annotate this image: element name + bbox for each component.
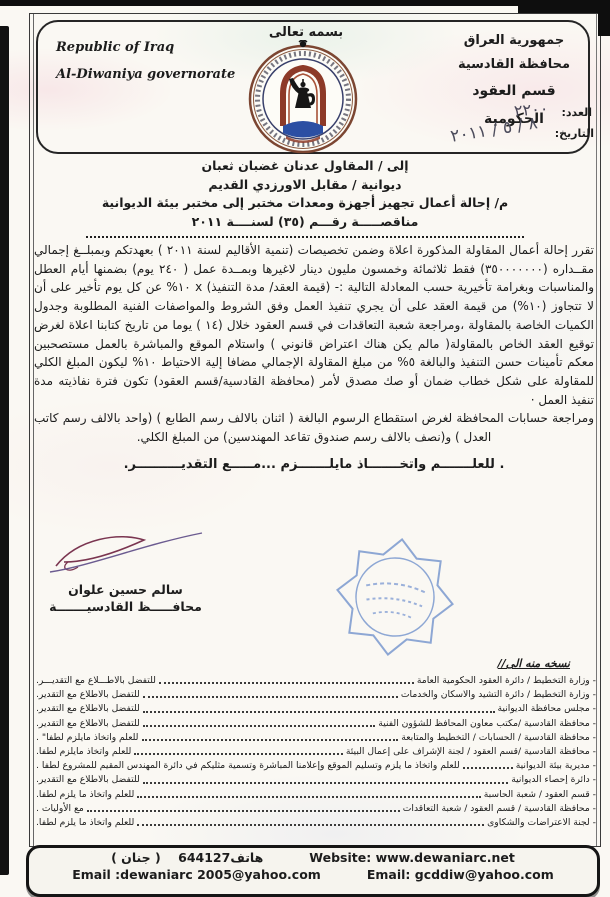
scan-edge-corner: [598, 0, 610, 36]
phone-text: هاتف644127: [178, 850, 263, 865]
signature-block: سالم حسين علوان محافـــــظ القادسيــــــ…: [38, 530, 213, 614]
distribution-action: للتفضل بالاطلاع مع التقدير.: [36, 773, 140, 786]
distribution-recipient: محافظة القادسية / الحسابات / التخطيط وال…: [401, 731, 596, 744]
contact-footer: هاتف644127 ( جنان ) Website: www.dewania…: [26, 845, 600, 897]
letter-body: تقرر إحالة أعمال المقاولة المذكورة اعلاة…: [34, 241, 594, 474]
distribution-recipient: محافظة القادسية / قسم العقود / شعبة التع…: [403, 802, 596, 815]
distribution-item: قسم العقود / شعبة الحاسبة للعلم واتخاذ م…: [30, 788, 598, 801]
distribution-item: محافظة القادسية / قسم العقود / شعبة التع…: [30, 802, 598, 815]
distribution-item: مجلس محافظة الديوانية للتفضل بالاطلاع مع…: [30, 702, 598, 715]
distribution-recipient: محافظة القادسية /قسم العقود / لجنة الإشر…: [346, 745, 596, 758]
basmala-text: بسمه تعالى: [250, 25, 362, 40]
dotted-leader: [87, 810, 400, 812]
distribution-recipient: قسم العقود / شعبة الحاسبة: [484, 788, 596, 801]
signatory-title: محافـــــظ القادسيـــــــة: [38, 599, 213, 614]
distribution-recipient: دائرة إحصاء الديوانية: [511, 773, 596, 786]
email-primary: Email :dewaniarc 2005@yahoo.com: [72, 867, 321, 882]
date-label: التاريخ:: [555, 127, 594, 140]
phone-number: هاتف644127 ( جنان ): [111, 850, 263, 865]
distribution-recipient: مجلس محافظة الديوانية: [498, 702, 597, 715]
footer-row-1: هاتف644127 ( جنان ) Website: www.dewania…: [29, 850, 597, 865]
signatory-name: سالم حسين علوان: [38, 582, 213, 597]
scan-edge-top-right: [518, 0, 610, 13]
dotted-leader: [143, 696, 398, 698]
subject-line: م/ إحالة أعمال تجهيز أجهزة ومعدات مختبر …: [0, 194, 610, 213]
distribution-list: نسخه منه الى// وزارة التخطيط / دائرة الع…: [30, 657, 598, 830]
ref-number-label: العدد:: [561, 106, 592, 119]
dotted-separator: [86, 234, 524, 238]
distribution-action: للعلم واتخاذ ما يلزم وتسليم الموقع وإعلا…: [36, 759, 460, 772]
country-name-ar: جمهورية العراق: [444, 29, 584, 53]
distribution-item: لجنة الاعتراضات والشكاوى للعلم واتخاذ ما…: [30, 816, 598, 829]
distribution-action: للعلم واتخاذ مايلزم لطفا.: [36, 745, 131, 758]
body-paragraph-1: تقرر إحالة أعمال المقاولة المذكورة اعلاة…: [34, 241, 594, 409]
distribution-item: محافظة القادسية /قسم العقود / لجنة الإشر…: [30, 745, 598, 758]
distribution-heading: نسخه منه الى//: [30, 657, 598, 670]
distribution-action: مع الأوليات .: [36, 802, 84, 815]
distribution-action: للعلم واتخاذ ما يلزم لطفا.: [36, 788, 134, 801]
distribution-action: للعلم واتخاذ ما يلزم لطفا.: [36, 816, 134, 829]
dotted-leader: [142, 739, 399, 741]
distribution-action: للتفضل بالاطلاع مع التقدير.: [36, 688, 140, 701]
email-secondary: Email: gcddiw@yahoo.com: [367, 867, 554, 882]
phone-note: ( جنان ): [111, 850, 161, 865]
distribution-recipient: وزارة التخطيط / دائرة العقود الحكومية ال…: [417, 674, 596, 687]
distribution-item: مديرية بيئة الديوانية للعلم واتخاذ ما يل…: [30, 759, 598, 772]
dotted-leader: [159, 682, 414, 684]
distribution-item: محافظة القادسية /مكتب معاون المحافظ للشؤ…: [30, 717, 598, 730]
website-text: Website: www.dewaniarc.net: [309, 850, 515, 865]
distribution-item: دائرة إحصاء الديوانية للتفضل بالاطلاع مع…: [30, 773, 598, 786]
country-name-en: Republic of Iraq: [56, 34, 235, 61]
addressee-block: إلى / المقاول عدنان غضبان ثعبان ديوانية …: [0, 157, 610, 238]
addressee-address: ديوانية / مقابل الاورزدي القديم: [0, 176, 610, 195]
closing-line: . للعلـــــــم واتخـــــــاذ مايلـــــــ…: [34, 456, 594, 475]
distribution-item: وزارة التخطيط / دائرة التشيد والاسكان وا…: [30, 688, 598, 701]
distribution-recipient: لجنة الاعتراضات والشكاوى: [487, 816, 596, 829]
governorate-emblem-icon: [246, 40, 360, 156]
body-paragraph-2: ومراجعة حسابات المحافظة لغرض استقطاع الر…: [34, 409, 594, 446]
distribution-item: وزارة التخطيط / دائرة العقود الحكومية ال…: [30, 674, 598, 687]
governorate-name-ar: محافظة القادسية: [444, 53, 584, 77]
dotted-leader: [463, 767, 513, 769]
distribution-recipient: وزارة التخطيط / دائرة التشيد والاسكان وا…: [401, 688, 596, 701]
distribution-recipient: مديرية بيئة الديوانية: [516, 759, 596, 772]
footer-row-2: Email :dewaniarc 2005@yahoo.com Email: g…: [29, 867, 597, 882]
addressee-name: إلى / المقاول عدنان غضبان ثعبان: [0, 157, 610, 176]
distribution-action: للتفضل بالاطلاع مع التقدير.: [36, 702, 140, 715]
tender-line: مناقصـــــة رقـــم (٣٥) لسنــــة ٢٠١١: [0, 213, 610, 232]
official-stamp-icon: [328, 530, 462, 664]
dotted-leader: [143, 782, 508, 784]
letterhead-english: Republic of Iraq Al-Diwaniya governorate: [56, 34, 235, 88]
distribution-recipient: محافظة القادسية /مكتب معاون المحافظ للشؤ…: [378, 717, 596, 730]
distribution-action: للتفضل بالاطـــلاع مع التقديـــر.: [36, 674, 156, 687]
distribution-action: للتفضل بالاطلاع مع التقدير.: [36, 717, 140, 730]
dotted-leader: [143, 725, 375, 727]
governorate-name-en: Al-Diwaniya governorate: [56, 61, 235, 88]
scanned-letter-page: Republic of Iraq Al-Diwaniya governorate…: [0, 0, 610, 897]
dotted-leader: [137, 824, 484, 826]
scan-edge-left: [0, 26, 9, 875]
dotted-leader: [134, 753, 343, 755]
dotted-leader: [137, 796, 480, 798]
signature-scribble-icon: [46, 530, 206, 578]
dotted-leader: [143, 711, 495, 713]
distribution-action: للعلم واتخاذ مايلزم لطفا" .: [36, 731, 139, 744]
distribution-item: محافظة القادسية / الحسابات / التخطيط وال…: [30, 731, 598, 744]
